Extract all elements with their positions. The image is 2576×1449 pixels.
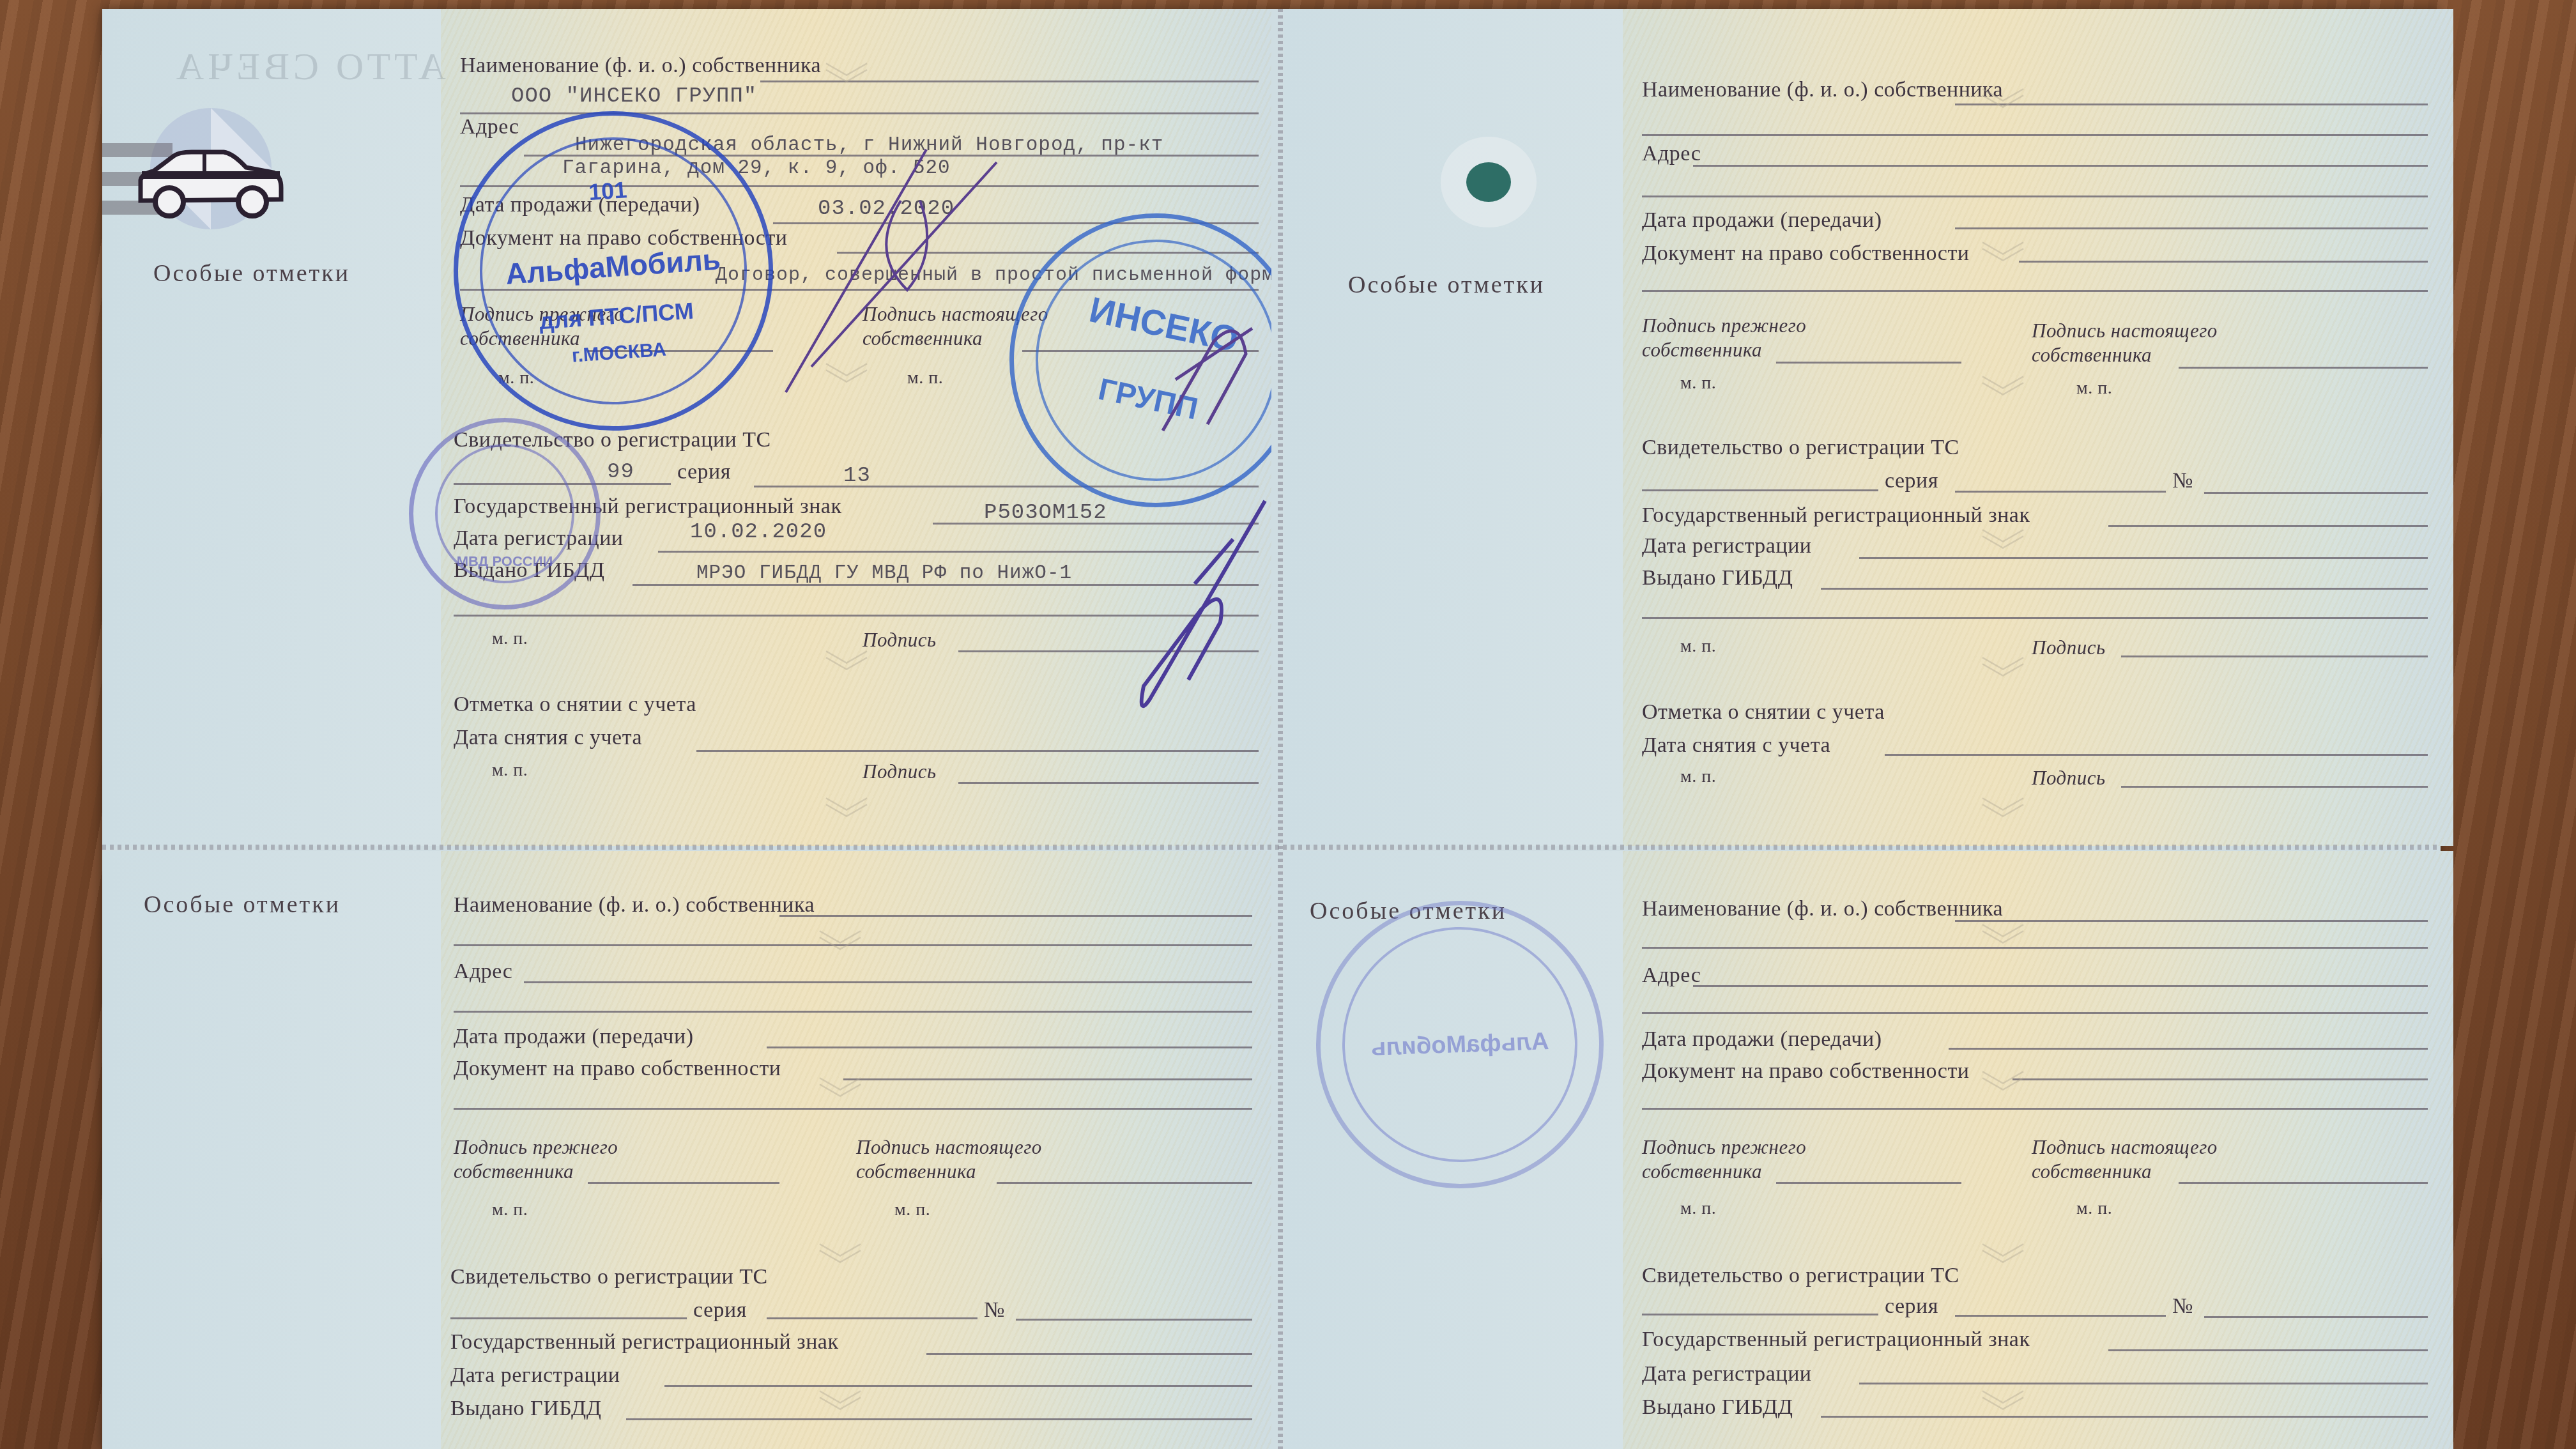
seal-mark-gibdd: м. п. <box>492 629 528 649</box>
horizontal-fold <box>102 845 2441 850</box>
vehicle-passport-sheet: АТТО СВЕЧА Особые отметки Наименование (… <box>102 9 2441 1449</box>
address-line-2 <box>1642 195 2428 197</box>
series-line <box>1955 1315 2166 1317</box>
dereg-signature-line <box>2121 786 2428 788</box>
deregistration-mark-label: Отметка о снятии с учета <box>454 693 696 717</box>
series-value: 13 <box>843 464 871 488</box>
plate-line <box>2108 525 2428 527</box>
address-line-2 <box>454 1011 1252 1013</box>
chevron-watermark-icon: ︾ <box>818 654 875 693</box>
margin-column <box>102 851 441 1449</box>
ownership-document-label: Документ на право собственности <box>454 1057 781 1081</box>
seal-mark-dereg: м. п. <box>492 760 528 781</box>
sale-date-line <box>1955 227 2428 229</box>
reg-certificate-label: Свидетельство о регистрации ТС <box>1642 436 1959 460</box>
address-label: Адрес <box>460 115 519 139</box>
series-label: серия <box>677 460 731 484</box>
ownership-document-label: Документ на право собственности <box>1642 241 1970 266</box>
curr-owner-signature-label-2: собственника <box>856 1160 976 1183</box>
seal-mark-dereg: м. п. <box>1680 767 1716 787</box>
mirrored-stamp-text: АльфаМобиль <box>1370 1028 1549 1062</box>
sale-date-label: Дата продажи (передачи) <box>1642 1027 1882 1052</box>
sale-date-label: Дата продажи (передачи) <box>454 1025 693 1049</box>
address-label: Адрес <box>1642 963 1701 988</box>
seal-mark-curr: м. п. <box>894 1200 930 1220</box>
alfamobil-stamp-city: г.МОСКВА <box>571 339 667 367</box>
series-label: серия <box>693 1298 747 1322</box>
series-label: серия <box>1885 1294 1938 1319</box>
owner-name-line <box>1955 920 2428 922</box>
gibdd-stamp: МВД РОССИИ <box>409 418 601 609</box>
prev-owner-signature-line <box>588 1182 779 1184</box>
deregistration-date-line <box>696 750 1259 752</box>
page-top-right: Особые отметки Наименование (ф. и. о.) с… <box>1284 9 2453 846</box>
page-bottom-right: Особые отметки АльфаМобиль Наименование … <box>1284 851 2453 1449</box>
number-sign-label: № <box>984 1298 1005 1322</box>
chevron-watermark-icon: ︾ <box>811 1394 869 1432</box>
reg-date-label: Дата регистрации <box>1642 534 1812 558</box>
gibdd-signature-label: Подпись <box>2032 636 2106 659</box>
watermark-header: АТТО СВЕЧА <box>172 45 446 89</box>
ownership-document-line-2 <box>1642 1108 2428 1110</box>
address-line <box>524 981 1252 983</box>
prev-owner-signature-label-2: собственника <box>1642 1160 1762 1183</box>
address-label: Адрес <box>454 960 512 984</box>
number-sign-label: № <box>2172 1294 2193 1319</box>
deregistration-date-label: Дата снятия с учета <box>454 726 642 750</box>
page-bottom-left: Особые отметки Наименование (ф. и. о.) с… <box>102 851 1271 1449</box>
reg-certificate-label: Свидетельство о регистрации ТС <box>1642 1264 1959 1288</box>
issued-by-line <box>1821 1416 2428 1418</box>
plate-line <box>926 1353 1252 1355</box>
series-line <box>1955 491 2166 493</box>
plate-label: Государственный регистрационный знак <box>1642 503 2030 528</box>
address-line <box>1693 165 2428 167</box>
issued-by-label: Выдано ГИБДД <box>1642 566 1793 590</box>
seal-mark-curr: м. п. <box>2076 1199 2112 1219</box>
dereg-signature-label: Подпись <box>862 760 937 783</box>
reg-date-line <box>664 1385 1252 1387</box>
address-line <box>1693 985 2428 987</box>
issued-by-value: МРЭО ГИБДД ГУ МВД РФ по НижО-1 <box>696 562 1072 585</box>
seal-mark-prev: м. п. <box>492 1200 528 1220</box>
security-dot-icon <box>1466 162 1511 202</box>
chevron-watermark-icon: ︾ <box>1974 928 2032 966</box>
prev-owner-signature-label-2: собственника <box>1642 339 1762 362</box>
number-line <box>2204 1316 2428 1318</box>
chevron-watermark-icon: ︾ <box>1974 1247 2032 1285</box>
special-marks-heading: Особые отметки <box>153 259 350 287</box>
reg-certificate-prefix-value: 99 <box>607 460 634 484</box>
special-marks-heading: Особые отметки <box>1348 271 1545 299</box>
handwritten-signature-icon <box>773 124 1029 443</box>
curr-owner-signature-line <box>2179 367 2428 369</box>
number-line <box>2204 492 2428 494</box>
owner-name-line-2 <box>1642 134 2428 136</box>
margin-column <box>1284 9 1623 846</box>
ownership-document-line <box>2019 261 2428 263</box>
prev-owner-signature-line <box>1776 362 1961 364</box>
deregistration-date-label: Дата снятия с учета <box>1642 733 1830 758</box>
reg-certificate-prefix-line <box>1642 1314 1878 1315</box>
deregistration-mark-label: Отметка о снятии с учета <box>1642 700 1885 724</box>
reg-date-label: Дата регистрации <box>450 1363 620 1388</box>
sale-date-line <box>1949 1048 2428 1050</box>
reg-date-label: Дата регистрации <box>1642 1362 1812 1386</box>
ownership-document-line <box>843 1078 1252 1080</box>
special-marks-heading: Особые отметки <box>144 891 341 919</box>
plate-line <box>2108 1349 2428 1351</box>
ownership-document-label: Документ на право собственности <box>1642 1059 1970 1084</box>
owner-name-label: Наименование (ф. и. о.) собственника <box>1642 897 2003 921</box>
address-label: Адрес <box>1642 142 1701 166</box>
chevron-watermark-icon: ︾ <box>1974 661 2032 699</box>
gibdd-signature-label: Подпись <box>862 629 937 652</box>
owner-name-line <box>779 915 1252 917</box>
owner-signature-icon <box>1137 290 1265 443</box>
reg-date-line <box>1859 1383 2428 1384</box>
prev-owner-signature-label-1: Подпись прежнего <box>1642 314 1806 337</box>
series-label: серия <box>1885 469 1938 493</box>
seal-mark-prev: м. п. <box>1680 1199 1716 1219</box>
seal-mark-curr: м. п. <box>2076 378 2112 399</box>
issued-by-line-2 <box>1642 617 2428 619</box>
chevron-watermark-icon: ︾ <box>1974 92 2032 130</box>
chevron-watermark-icon: ︾ <box>811 1247 869 1285</box>
deregistration-date-line <box>1885 754 2428 756</box>
ownership-document-line <box>2012 1078 2428 1080</box>
number-line <box>1016 1319 1252 1321</box>
prev-owner-signature-label-1: Подпись прежнего <box>1642 1136 1806 1159</box>
chevron-watermark-icon: ︾ <box>1974 533 2032 571</box>
top-spread: АТТО СВЕЧА Особые отметки Наименование (… <box>102 9 2441 846</box>
number-sign-label: № <box>2172 469 2193 493</box>
dereg-signature-label: Подпись <box>2032 767 2106 790</box>
curr-owner-signature-line <box>2179 1182 2428 1184</box>
sale-date-label: Дата продажи (передачи) <box>1642 208 1882 233</box>
owner-name-label: Наименование (ф. и. о.) собственника <box>460 54 821 78</box>
owner-name-label: Наименование (ф. и. о.) собственника <box>1642 78 2003 102</box>
alfamobil-stamp-purpose: для ПТС/ПСМ <box>539 297 694 335</box>
address-line-2 <box>1642 1012 2428 1014</box>
series-line <box>767 1317 977 1319</box>
plate-label: Государственный регистрационный знак <box>1642 1328 2030 1352</box>
reg-certificate-label: Свидетельство о регистрации ТС <box>450 1265 768 1289</box>
reg-date-value: 10.02.2020 <box>690 520 827 544</box>
curr-owner-signature-label-1: Подпись настоящего <box>856 1136 1042 1159</box>
owner-name-line-2 <box>1642 947 2428 949</box>
issued-by-line <box>1821 588 2428 590</box>
seal-mark-prev: м. п. <box>1680 373 1716 394</box>
prev-owner-signature-line <box>1776 1182 1961 1184</box>
chevron-watermark-icon: ︾ <box>818 801 875 839</box>
plate-label: Государственный регистрационный знак <box>450 1330 838 1354</box>
chevron-watermark-icon: ︾ <box>1974 1075 2032 1113</box>
curr-owner-signature-label-1: Подпись настоящего <box>2032 1136 2218 1159</box>
issued-by-line <box>626 1418 1252 1420</box>
gibdd-stamp-text: МВД РОССИИ <box>457 553 553 570</box>
curr-owner-signature-label-2: собственника <box>2032 1160 2152 1183</box>
alfamobil-stamp-name: АльфаМобиль <box>504 241 721 291</box>
prev-owner-signature-label-2: собственника <box>454 1160 574 1183</box>
issued-by-label: Выдано ГИБДД <box>450 1397 601 1421</box>
chevron-watermark-icon: ︾ <box>1974 801 2032 839</box>
sale-date-line <box>767 1046 1252 1048</box>
reg-date-line <box>1859 557 2428 559</box>
owner-name-label: Наименование (ф. и. о.) собственника <box>454 893 815 917</box>
curr-owner-signature-label-2: собственника <box>2032 344 2152 367</box>
chevron-watermark-icon: ︾ <box>811 1081 869 1119</box>
page-top-left: АТТО СВЕЧА Особые отметки Наименование (… <box>102 9 1271 846</box>
car-logo-icon <box>102 105 307 233</box>
chevron-watermark-icon: ︾ <box>1974 379 2032 418</box>
chevron-watermark-icon: ︾ <box>1974 1394 2032 1432</box>
alfamobil-stamp-number: 101 <box>588 176 628 206</box>
reg-certificate-prefix-line <box>1642 489 1878 491</box>
chevron-watermark-icon: ︾ <box>811 934 869 972</box>
dereg-signature-line <box>958 782 1259 784</box>
gibdd-signature-line <box>2121 655 2428 657</box>
curr-owner-signature-line <box>997 1182 1252 1184</box>
ownership-document-line-2 <box>1642 290 2428 292</box>
gibdd-signature-icon <box>1073 494 1271 724</box>
issued-by-label: Выдано ГИБДД <box>1642 1395 1793 1420</box>
seal-mark-gibdd: м. п. <box>1680 636 1716 657</box>
chevron-watermark-icon: ︾ <box>1974 245 2032 284</box>
curr-owner-signature-label-1: Подпись настоящего <box>2032 319 2218 342</box>
chevron-watermark-icon: ︾ <box>818 66 875 105</box>
owner-name-value: ООО "ИНСЕКО ГРУПП" <box>511 84 757 109</box>
reg-certificate-prefix-line <box>450 1317 687 1319</box>
bottom-spread: Особые отметки Наименование (ф. и. о.) с… <box>102 851 2441 1449</box>
prev-owner-signature-label-1: Подпись прежнего <box>454 1136 618 1159</box>
